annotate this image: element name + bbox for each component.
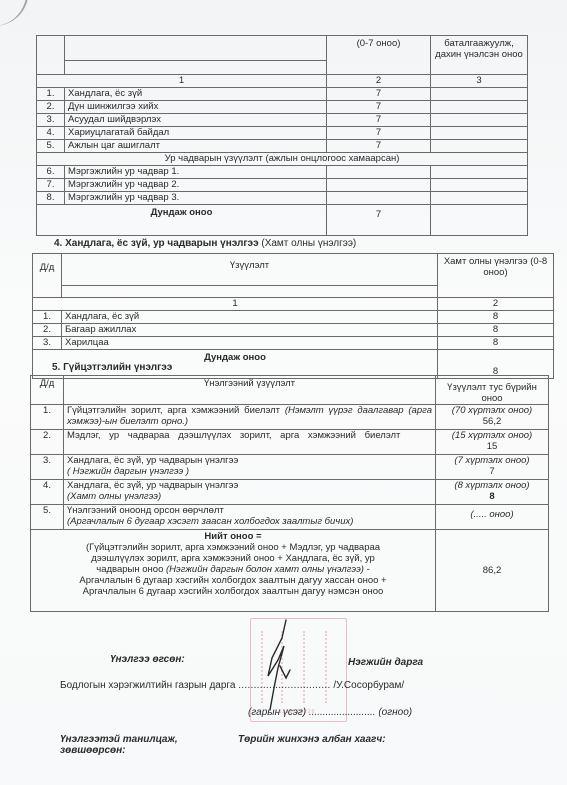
civil-servant-label: Төрийн жинхэнэ албан хаагч:	[238, 734, 386, 745]
signature-label: (гарын үсэг)	[248, 707, 306, 718]
acknowledged-label: Үнэлгээтэй танилцаж, зөвшөөрсөн:	[60, 734, 178, 756]
row-label: Хандлага, ёс зүй, ур чадварын үнэлгээ	[67, 455, 432, 466]
row-number: 5.	[37, 140, 65, 153]
row-note: (Аргачлалын 6 дугаар хэсэгт заасан холбо…	[67, 516, 432, 527]
row-number: 8.	[37, 192, 65, 205]
date-dots: ........................	[309, 707, 376, 718]
total-score: 86,2	[436, 530, 549, 612]
row-score: 7	[327, 114, 431, 127]
column-header-indicator: Үзүүлэлт	[62, 254, 438, 286]
team-evaluation-table: Д/д Үзүүлэлт Хамт олны үнэлгээ (0-8 оноо…	[32, 253, 554, 379]
table-row: 4. Хариуцлагатай байдал 7	[37, 127, 528, 140]
row-note: (Хамт олны үнэлгээ)	[67, 491, 432, 502]
row-score: 15	[439, 441, 545, 452]
table-row: 3. Асуудал шийдвэрлэх 7	[37, 114, 528, 127]
table-cell-empty	[37, 36, 65, 75]
column-number: 1	[37, 75, 327, 88]
table-row: 4. Хандлага, ёс зүй, ур чадварын үнэлгээ…	[31, 480, 549, 505]
row-max-score: (..... оноо)	[439, 505, 545, 520]
row-score	[327, 179, 431, 192]
row-max-score: (8 хүртэлх оноо)	[439, 480, 545, 491]
acknowledged-label-line1: Үнэлгээтэй танилцаж,	[60, 734, 178, 745]
row-label: Мэдлэг, ур чадвараа дээшлүүлэх зорилт, а…	[67, 430, 400, 441]
row-verified	[431, 192, 528, 205]
row-label: Мэргэжлийн ур чадвар 2.	[65, 179, 327, 192]
table-cell-empty	[62, 285, 438, 297]
row-number: 5.	[31, 505, 64, 530]
section-subheader: Ур чадварын үзүүлэлт (ажлын онцлогоос ха…	[37, 153, 528, 166]
row-max-score: (7 хүртэлх оноо)	[439, 455, 545, 466]
column-number: 2	[327, 75, 431, 88]
row-number: 4.	[31, 480, 64, 505]
row-score	[327, 166, 431, 179]
column-header-team-score: Хамт олны үнэлгээ (0-8 оноо)	[438, 254, 554, 298]
row-label: Асуудал шийдвэрлэх	[65, 114, 327, 127]
column-header-score-range: (0-7 оноо)	[327, 36, 431, 75]
row-number: 7.	[37, 179, 65, 192]
row-verified	[431, 166, 528, 179]
row-number: 1.	[33, 311, 62, 324]
table-row: 5. Ажлын цаг ашиглалт 7	[37, 140, 528, 153]
row-verified	[431, 140, 528, 153]
table-row: 1. Хандлага, ёс зүй 8	[33, 311, 554, 324]
column-number: 1	[33, 298, 438, 311]
table-row: 2. Дүн шинжилгээ хийх 7	[37, 101, 528, 114]
table-row: 7. Мэргэжлийн ур чадвар 2.	[37, 179, 528, 192]
signature-dots: ..............................	[238, 680, 330, 691]
row-score: 8	[439, 491, 545, 502]
row-verified	[431, 114, 528, 127]
handwritten-signature	[258, 618, 308, 718]
row-score: 8	[438, 324, 554, 337]
table-row: 3. Харилцаа 8	[33, 337, 554, 350]
row-label: Ажлын цаг ашиглалт	[65, 140, 327, 153]
row-label: Хандлага, ёс зүй	[65, 88, 327, 101]
column-number: 2	[438, 298, 554, 311]
row-label: Хариуцлагатай байдал	[65, 127, 327, 140]
evaluator-signature-line: Бодлогын хэрэгжилтийн газрын дарга .....…	[60, 680, 404, 691]
table-cell-empty	[65, 36, 327, 61]
column-header-index: Д/д	[33, 254, 62, 298]
acknowledged-label-line2: зөвшөөрсөн:	[60, 745, 178, 756]
row-label: Мэргэжлийн ур чадвар 3.	[65, 192, 327, 205]
row-label: Хандлага, ёс зүй	[62, 311, 438, 324]
section-4-title: 4. Хандлага, ёс зүй, ур чадварын үнэлгээ…	[54, 238, 356, 249]
row-note: ( Нэгжийн даргын үнэлгээ )	[67, 466, 432, 477]
row-score: 7	[327, 127, 431, 140]
section-4-title-note: (Хамт олны үнэлгээ)	[261, 238, 356, 249]
row-number: 4.	[37, 127, 65, 140]
row-label: Багаар ажиллах	[62, 324, 438, 337]
table-row: 8. Мэргэжлийн ур чадвар 3.	[37, 192, 528, 205]
row-score: 56,2	[439, 416, 545, 427]
column-header-verified-score: баталгаажуулж, дахин үнэлсэн оноо	[431, 36, 528, 75]
row-number: 3.	[31, 455, 64, 480]
average-label: Дундаж оноо	[37, 205, 327, 236]
table-row: 1. Хандлага, ёс зүй 7	[37, 88, 528, 101]
row-score: 8	[438, 311, 554, 324]
row-max-score: (70 хүртэлх оноо)	[439, 405, 545, 416]
row-score: 8	[438, 337, 554, 350]
row-max-score: (15 хүртэлх оноо)	[439, 430, 545, 441]
table-row: 1. Гүйцэтгэлийн зорилт, арга хэмжээний б…	[31, 405, 549, 430]
row-score	[327, 192, 431, 205]
total-row: Нийт оноо = (Гүйцэтгэлийн зорилт, арга х…	[31, 530, 549, 612]
evaluator-position: Бодлогын хэрэгжилтийн газрын дарга	[60, 680, 235, 691]
row-label: Дүн шинжилгээ хийх	[65, 101, 327, 114]
table-row: 5. Үнэлгээний оноонд орсон өөрчлөлт (Арг…	[31, 505, 549, 530]
row-number: 1.	[37, 88, 65, 101]
table-row: 6. Мэргэжлийн ур чадвар 1.	[37, 166, 528, 179]
average-verified	[431, 205, 528, 236]
signature-date-line: (гарын үсэг) ........................ (о…	[248, 707, 412, 718]
section-4-title-bold: 4. Хандлага, ёс зүй, ур чадварын үнэлгээ	[54, 238, 259, 249]
row-verified	[431, 179, 528, 192]
total-label: Нийт оноо =	[71, 531, 395, 542]
column-header-indicator: Үнэлгээний үзүүлэлт	[64, 376, 436, 405]
performance-evaluation-table: Д/д Үнэлгээний үзүүлэлт Үзүүлэлт тус бүр…	[30, 375, 549, 612]
unit-head-label: Нэгжийн дарга	[348, 657, 423, 668]
column-header-score: Үзүүлэлт тус бүрийн оноо	[436, 376, 549, 405]
row-label: Гүйцэтгэлийн зорилт, арга хэмжээний биел…	[67, 405, 280, 416]
column-header-index: Д/д	[31, 376, 64, 405]
date-label: (огноо)	[378, 707, 412, 718]
table-row: 2. Багаар ажиллах 8	[33, 324, 554, 337]
row-number: 2.	[31, 430, 64, 455]
skills-evaluation-table: (0-7 оноо) баталгаажуулж, дахин үнэлсэн …	[36, 35, 528, 236]
row-number: 6.	[37, 166, 65, 179]
section-5-title: 5. Гүйцэтгэлийн үнэлгээ	[52, 362, 172, 373]
row-number: 3.	[37, 114, 65, 127]
row-verified	[431, 101, 528, 114]
row-score: 7	[439, 466, 545, 477]
row-label: Харилцаа	[62, 337, 438, 350]
row-verified	[431, 88, 528, 101]
evaluator-name: /У.Сосорбурам/	[333, 680, 404, 691]
total-formula-note: (Нэгжийн даргын болон хамт олны үнэлгээ)	[166, 564, 364, 575]
row-score: 7	[327, 140, 431, 153]
row-number: 3.	[33, 337, 62, 350]
row-number: 2.	[33, 324, 62, 337]
row-label: Мэргэжлийн ур чадвар 1.	[65, 166, 327, 179]
row-number: 2.	[37, 101, 65, 114]
evaluator-label: Үнэлгээ өгсөн:	[110, 654, 185, 665]
row-score: 7	[327, 88, 431, 101]
average-score: 7	[327, 205, 431, 236]
row-number: 1.	[31, 405, 64, 430]
row-label: Хандлага, ёс зүй, ур чадварын үнэлгээ	[67, 480, 432, 491]
column-number: 3	[431, 75, 528, 88]
table-row: 3. Хандлага, ёс зүй, ур чадварын үнэлгээ…	[31, 455, 549, 480]
row-verified	[431, 127, 528, 140]
row-label: Үнэлгээний оноонд орсон өөрчлөлт	[67, 505, 432, 516]
table-cell-empty	[65, 61, 327, 75]
row-score: 7	[327, 101, 431, 114]
table-row: 2. Мэдлэг, ур чадвараа дээшлүүлэх зорилт…	[31, 430, 549, 455]
